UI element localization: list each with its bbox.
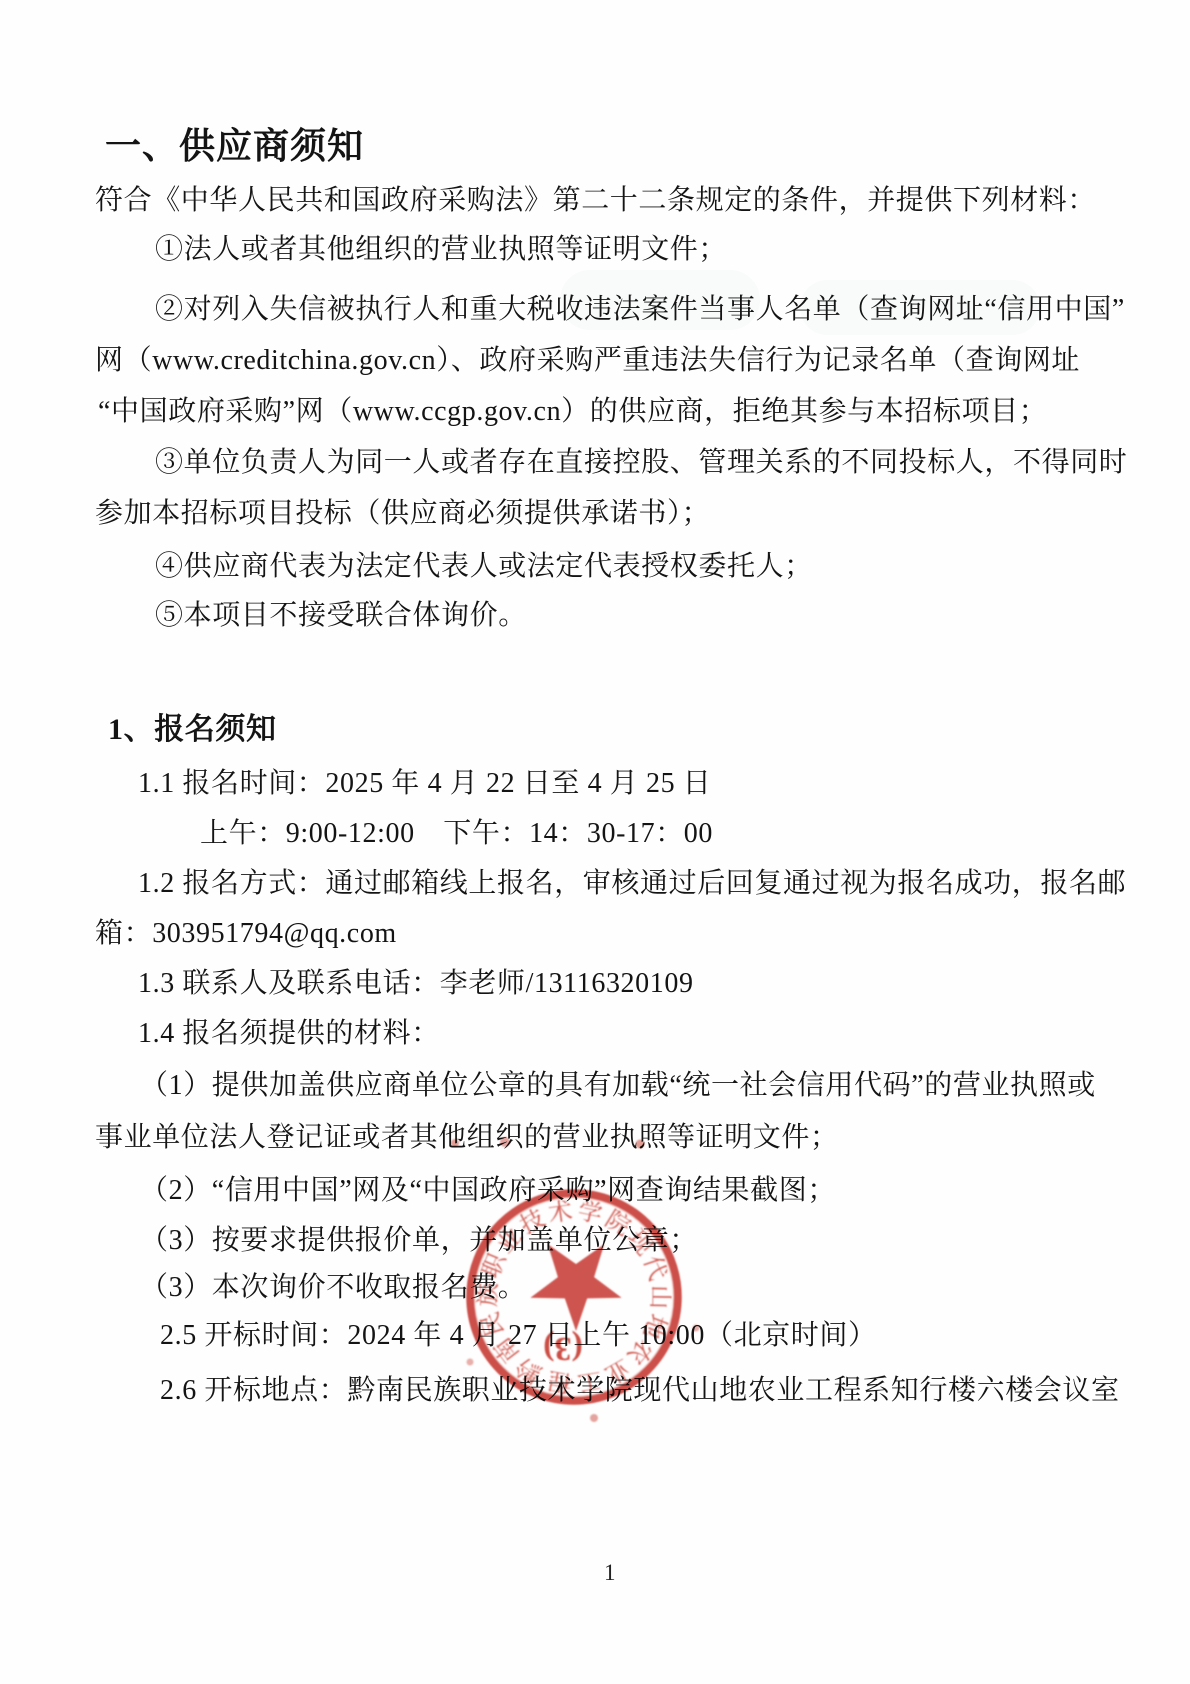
scanned-document-page: 一、供应商须知 符合《中华人民共和国政府采购法》第二十二条规定的条件，并提供下列… [0, 0, 1190, 1684]
page-number: 1 [604, 1560, 616, 1586]
line-registration-hours: 上午：9:00-12:00 下午：14：30-17：00 [200, 816, 713, 852]
heading-registration-notice: 1、报名须知 [108, 712, 277, 748]
para-qualification-intro: 符合《中华人民共和国政府采购法》第二十二条规定的条件，并提供下列材料： [95, 183, 1096, 219]
item-4-representative: ④供应商代表为法定代表人或法定代表授权委托人； [155, 549, 813, 585]
item-5-no-consortium: ⑤本项目不接受联合体询价。 [155, 598, 527, 634]
item-m1-license-line1: （1）提供加盖供应商单位公章的具有加载“统一社会信用代码”的营业执照或 [140, 1068, 1096, 1104]
official-seal-stamp: 黔南民族职业技术学院现代山地农业工程系 (3) [444, 1130, 704, 1430]
line-1-4-materials-heading: 1.4 报名须提供的材料： [138, 1016, 440, 1052]
item-2-dishonest-list-line2: 网（www.creditchina.gov.cn）、政府采购严重违法失信行为记录… [95, 343, 1080, 379]
line-1-3-contact: 1.3 联系人及联系电话：李老师/13116320109 [138, 966, 694, 1002]
item-3-same-person-line1: ③单位负责人为同一人或者存在直接控股、管理关系的不同投标人，不得同时 [155, 445, 1127, 481]
section-heading: 一、供应商须知 [105, 128, 364, 164]
line-1-2-registration-method: 1.2 报名方式：通过邮箱线上报名，审核通过后回复通过视为报名成功，报名邮 [138, 866, 1126, 902]
seal-star-icon [530, 1244, 621, 1331]
item-1-business-license: ①法人或者其他组织的营业执照等证明文件； [155, 232, 727, 268]
item-2-dishonest-list-line3: “中国政府采购”网（www.ccgp.gov.cn）的供应商，拒绝其参与本招标项… [98, 394, 1047, 430]
seal-number-label: (3) [543, 1330, 583, 1367]
line-registration-email: 箱：303951794@qq.com [95, 916, 397, 952]
item-2-dishonest-list-line1: ②对列入失信被执行人和重大税收违法案件当事人名单（查询网址“信用中国” [155, 292, 1125, 328]
line-1-1-registration-time: 1.1 报名时间：2025 年 4 月 22 日至 4 月 25 日 [138, 766, 711, 802]
item-3-same-person-line2: 参加本招标项目投标（供应商必须提供承诺书）； [95, 496, 710, 532]
